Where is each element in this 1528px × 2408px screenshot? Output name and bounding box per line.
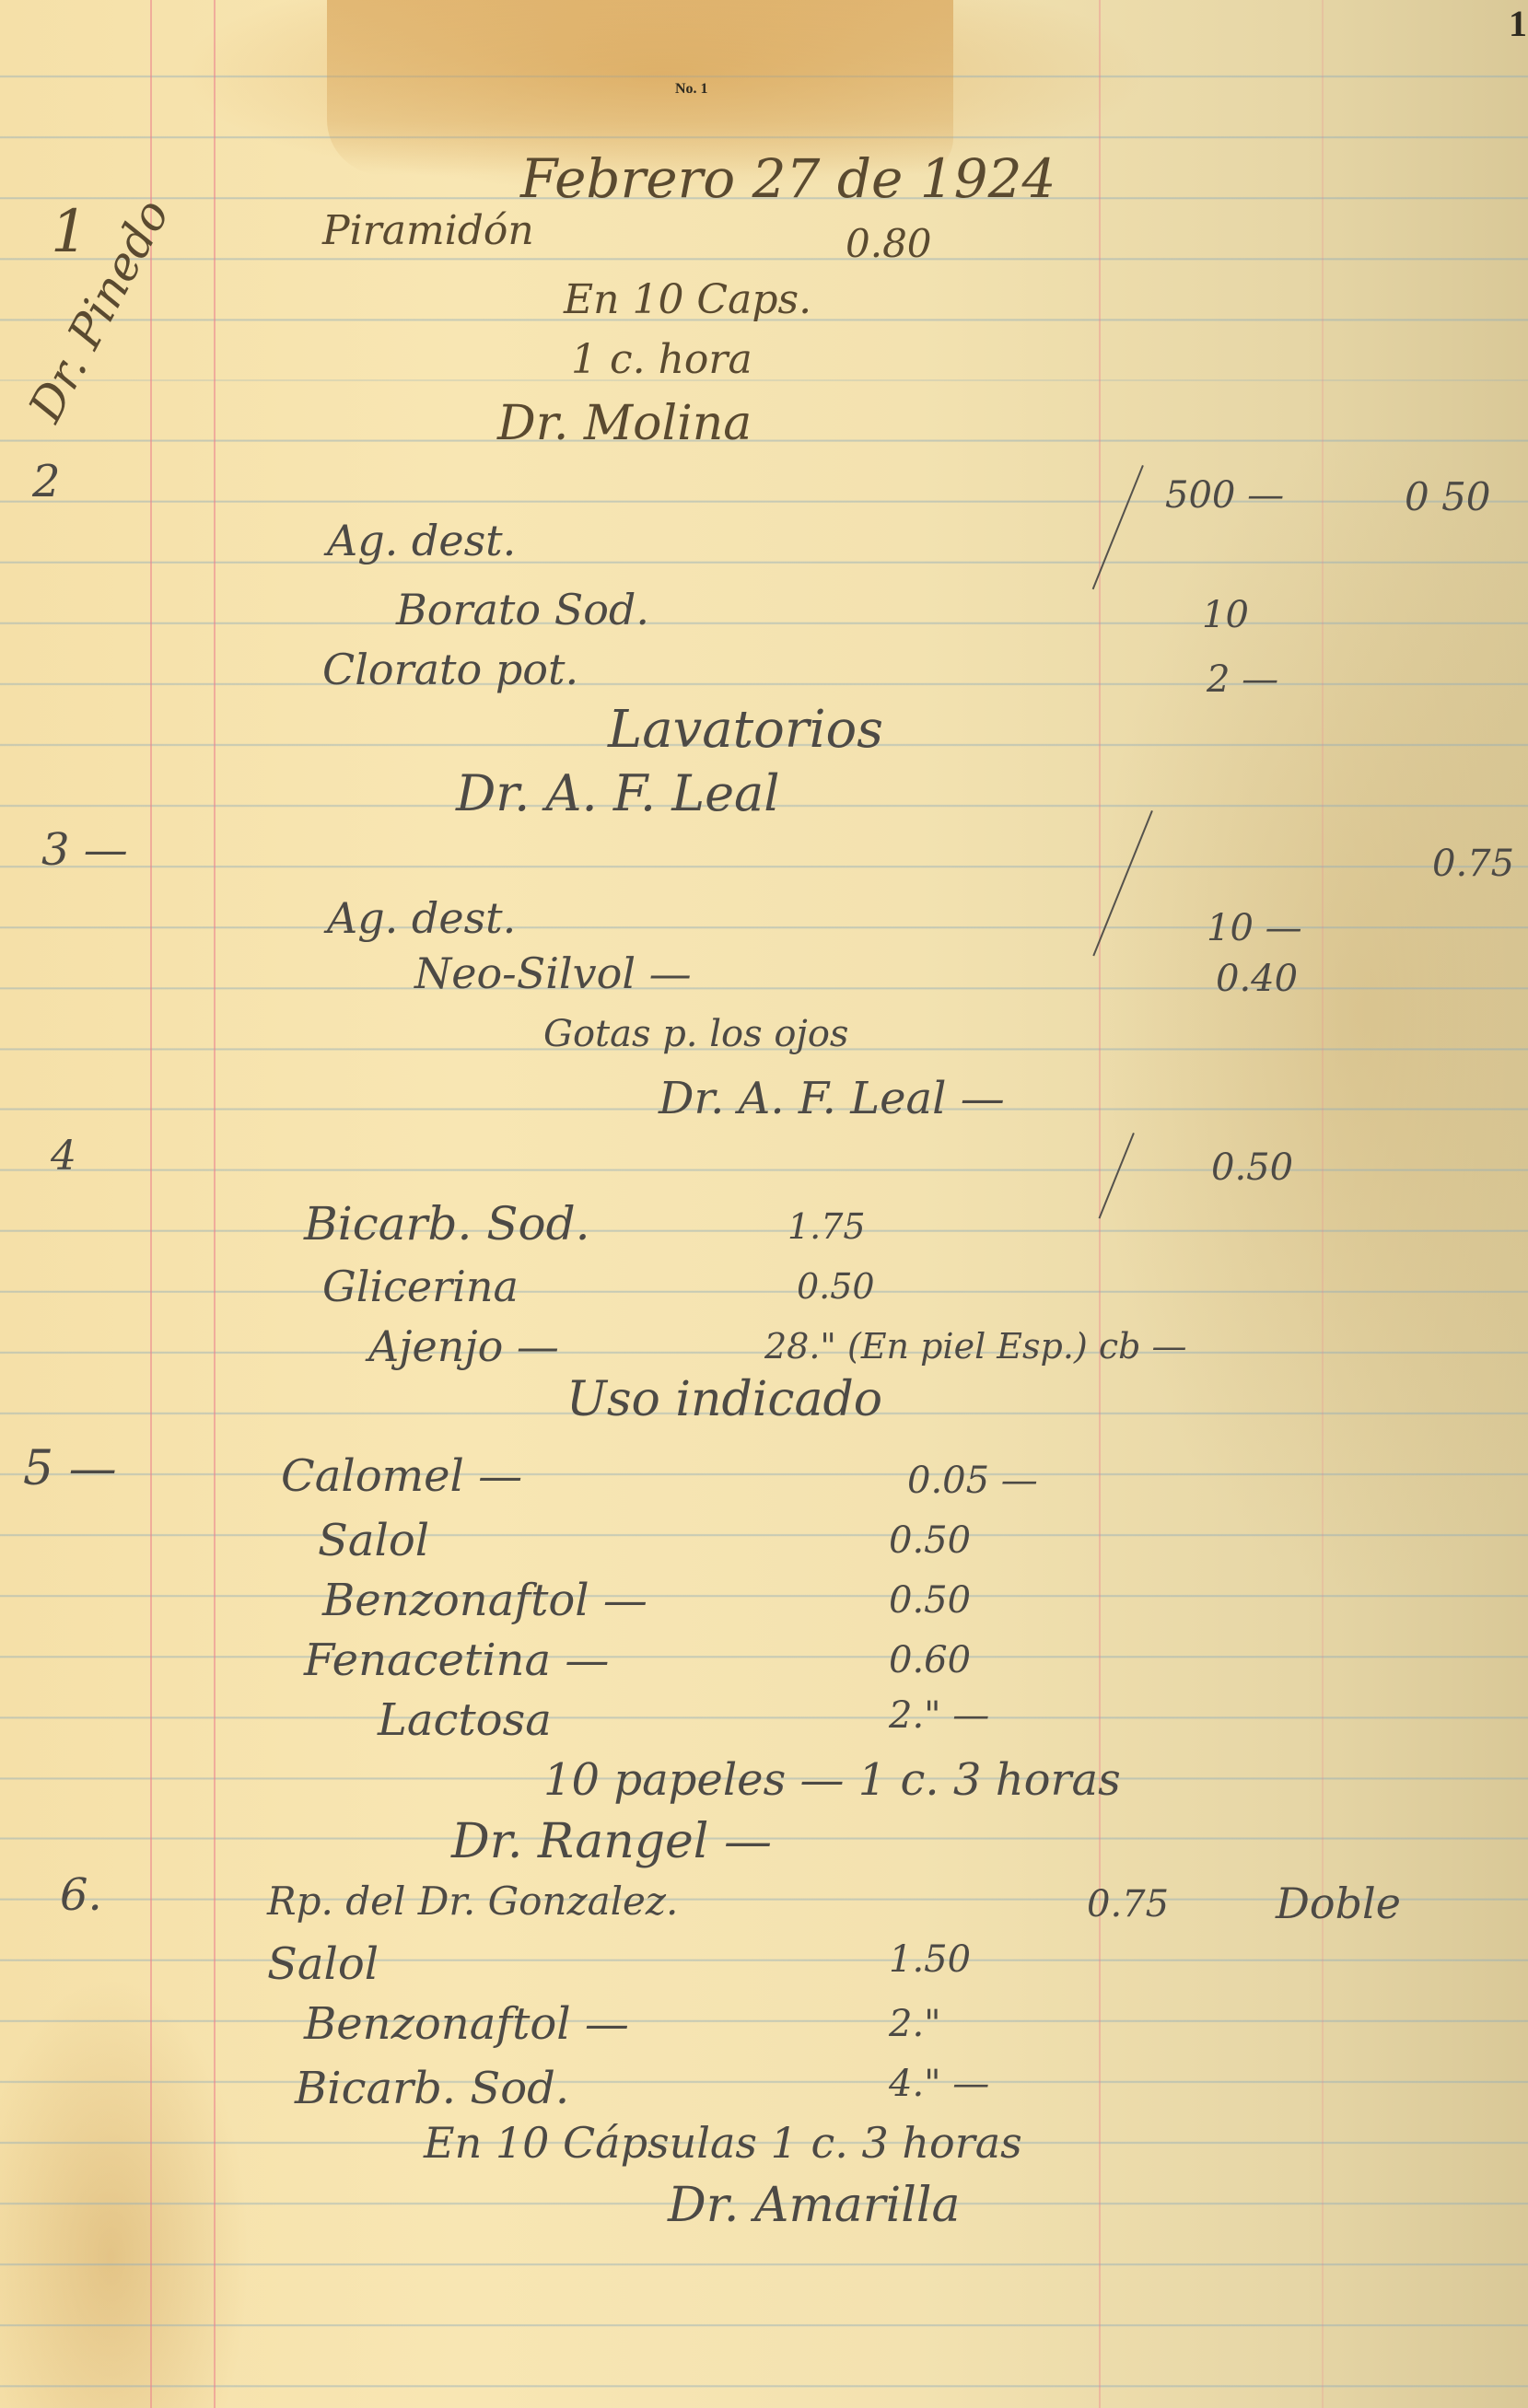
entry-line: Dr. Amarilla (668, 2178, 961, 2233)
date-heading: Febrero 27 de 1924 (520, 147, 1056, 210)
ledger-page: No. 1 1 Febrero 27 de 1924 Dr. Pinedo 1 … (0, 0, 1528, 2408)
entry-quantity: 500 — (1165, 474, 1284, 517)
entry-amount: 0.80 (846, 221, 932, 266)
entry-number: 2 (32, 456, 61, 507)
entry-line: Lavatorios (608, 700, 883, 760)
entry-line: Fenacetina — (304, 1634, 609, 1686)
entry-amount: 1.50 (889, 1938, 971, 1981)
entry-line: Calomel — (281, 1450, 522, 1502)
entry-line: Borato Sod. (396, 585, 649, 634)
entry-line: Glicerina (322, 1262, 519, 1311)
entry-line: Salol (318, 1515, 429, 1566)
entry-price: 0.50 (1211, 1146, 1293, 1189)
entry-price: 0.75 (1432, 843, 1514, 885)
entry-amount: 0.05 — (907, 1460, 1038, 1502)
entry-line: Dr. A. F. Leal (456, 764, 780, 822)
entry-line: Clorato pot. (322, 645, 578, 694)
entry-amount: 0.50 (797, 1266, 875, 1307)
entry-line: Uso indicado (566, 1372, 882, 1427)
entry-price: 0.75 (1087, 1883, 1169, 1925)
printed-number: No. 1 (675, 81, 708, 98)
entry-line: Rp. del Dr. Gonzalez. (267, 1879, 678, 1924)
entry-line: 1 c. hora (571, 336, 752, 383)
entry-quantity: 10 — (1207, 907, 1302, 949)
entry-amount: 2." — (889, 1694, 989, 1737)
entry-number: 4 (51, 1133, 76, 1180)
entry-amount: 4." — (889, 2063, 989, 2105)
entry-line: 10 papeles — 1 c. 3 horas (543, 1754, 1121, 1806)
entry-line: En 10 Caps. (564, 276, 811, 323)
margin-line-left-1 (150, 0, 152, 2408)
margin-line-right-2 (1322, 0, 1324, 2408)
entry-amount: 0.60 (889, 1639, 971, 1681)
entry-line: Bicarb. Sod. (304, 1197, 590, 1251)
entry-line: Ag. dest. (327, 893, 516, 943)
margin-line-right-1 (1099, 0, 1101, 2408)
entry-line: Neo-Silvol — (414, 948, 692, 998)
entry-line: Benzonaftol — (304, 1998, 629, 2050)
entry-amount: 0.50 (889, 1519, 971, 1562)
entry-line: En 10 Cápsulas 1 c. 3 horas (424, 2118, 1022, 2168)
entry-amount: 2." (889, 2003, 941, 2045)
entry-note: Doble (1276, 1879, 1401, 1928)
entry-amount: 1.75 (787, 1206, 866, 1247)
entry-line: Dr. Rangel — (451, 1814, 772, 1869)
entry-amount: 0.50 (889, 1579, 971, 1622)
entry-line: Bicarb. Sod. (295, 2063, 569, 2114)
entry-number: 1 (51, 198, 88, 266)
entry-number: 6. (60, 1869, 102, 1921)
entry-amount: 28." (En piel Esp.) cb — (764, 1326, 1187, 1367)
ruled-lines (0, 0, 1528, 2408)
margin-line-left-2 (214, 0, 216, 2408)
entry-price: 0 50 (1405, 474, 1491, 519)
entry-line: Salol (267, 1938, 379, 1990)
entry-line: Ag. dest. (327, 516, 516, 565)
entry-line: Piramidón (322, 207, 534, 254)
entry-number: 3 — (41, 824, 128, 876)
entry-line: Benzonaftol — (322, 1575, 647, 1626)
page-number: 1 (1509, 2, 1527, 45)
entry-line: Dr. Molina (497, 396, 752, 451)
entry-line: Dr. A. F. Leal — (659, 1073, 1005, 1124)
entry-quantity: 0.40 (1216, 958, 1298, 1000)
entry-number: 5 — (23, 1441, 117, 1496)
entry-quantity: 2 — (1207, 658, 1278, 701)
entry-line: Gotas p. los ojos (543, 1013, 848, 1055)
entry-line: Ajenjo — (368, 1321, 559, 1371)
entry-line: Lactosa (378, 1694, 552, 1746)
entry-quantity: 10 (1202, 594, 1249, 636)
